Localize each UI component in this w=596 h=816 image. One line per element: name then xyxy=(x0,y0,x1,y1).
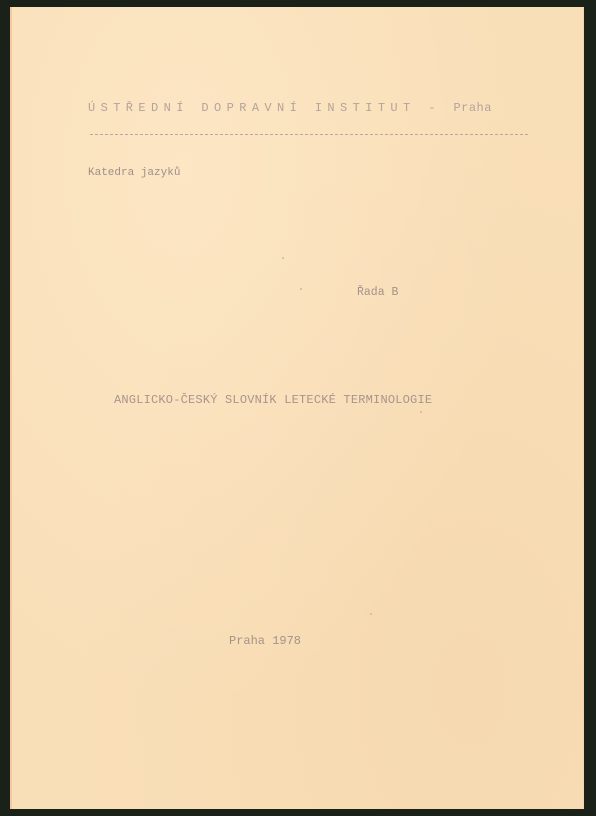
dashed-rule xyxy=(90,134,528,135)
document-page: ÚSTŘEDNÍ DOPRAVNÍ INSTITUT - Praha Kated… xyxy=(10,7,584,809)
imprint-place-year: Praha 1978 xyxy=(229,634,301,648)
header-city: Praha xyxy=(453,101,492,115)
paper-speck xyxy=(282,257,284,259)
header-separator: - xyxy=(416,101,454,115)
institution-header: ÚSTŘEDNÍ DOPRAVNÍ INSTITUT - Praha xyxy=(88,101,492,115)
document-title: ANGLICKO-ČESKÝ SLOVNÍK LETECKÉ TERMINOLO… xyxy=(114,393,432,407)
paper-speck xyxy=(420,411,422,413)
paper-speck xyxy=(370,613,372,615)
series-label: Řada B xyxy=(357,286,398,299)
institution-name: ÚSTŘEDNÍ DOPRAVNÍ INSTITUT xyxy=(88,101,416,115)
department-label: Katedra jazyků xyxy=(88,167,180,179)
paper-speck xyxy=(300,288,302,290)
